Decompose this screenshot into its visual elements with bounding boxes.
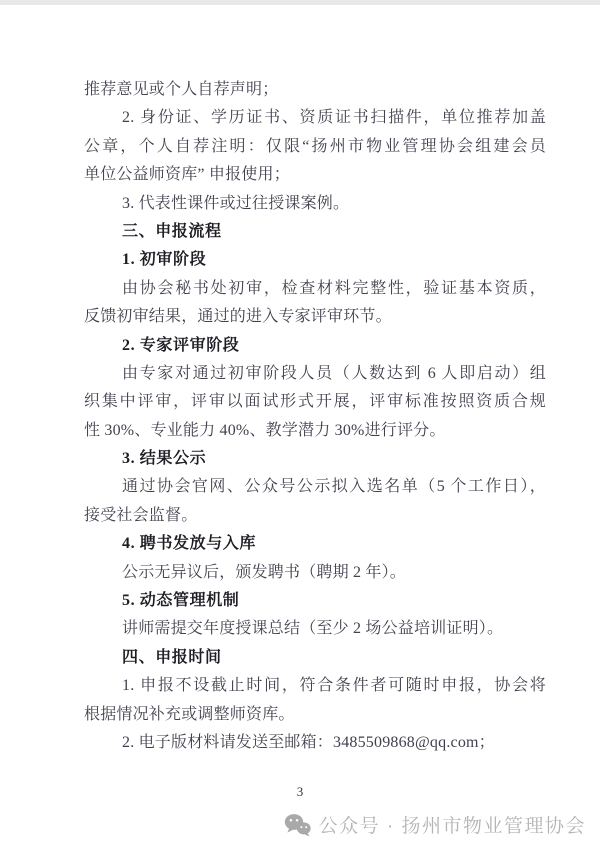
page-number: 3	[0, 784, 600, 800]
section-heading: 4. 聘书发放与入库	[84, 530, 546, 558]
text-line: 1. 申报不设截止时间，符合条件者可随时申报，协会将	[84, 672, 546, 700]
section-heading: 三、申报流程	[84, 218, 546, 246]
document-page: 推荐意见或个人自荐声明；2. 身份证、学历证书、资质证书扫描件，单位推荐加盖公章…	[0, 0, 600, 849]
wechat-icon	[284, 813, 311, 837]
top-edge-strip	[0, 0, 600, 5]
watermark: 公众号 · 扬州市物业管理协会	[284, 811, 586, 838]
section-heading: 1. 初审阶段	[84, 246, 546, 274]
text-line: 性 30%、专业能力 40%、教学潜力 30%进行评分。	[84, 417, 546, 445]
section-heading: 2. 专家评审阶段	[84, 332, 546, 360]
text-line: 由协会秘书处初审，检查材料完整性，验证基本资质，	[84, 275, 546, 303]
text-line: 接受社会监督。	[84, 502, 546, 530]
text-line: 通过协会官网、公众号公示拟入选名单（5 个工作日），	[84, 473, 546, 501]
text-line: 推荐意见或个人自荐声明；	[84, 76, 546, 104]
text-line: 2. 电子版材料请发送至邮箱：3485509868@qq.com；	[84, 729, 546, 757]
section-heading: 四、申报时间	[84, 644, 546, 672]
watermark-text: 公众号 · 扬州市物业管理协会	[319, 811, 586, 838]
text-line: 2. 身份证、学历证书、资质证书扫描件，单位推荐加盖	[84, 104, 546, 132]
text-line: 反馈初审结果，通过的进入专家评审环节。	[84, 303, 546, 331]
section-heading: 3. 结果公示	[84, 445, 546, 473]
document-lines: 推荐意见或个人自荐声明；2. 身份证、学历证书、资质证书扫描件，单位推荐加盖公章…	[84, 76, 546, 757]
section-heading: 5. 动态管理机制	[84, 587, 546, 615]
text-line: 3. 代表性课件或过往授课案例。	[84, 190, 546, 218]
text-line: 根据情况补充或调整师资库。	[84, 701, 546, 729]
text-line: 单位公益师资库” 申报使用；	[84, 161, 546, 189]
text-line: 公章，个人自荐注明：仅限“扬州市物业管理协会组建会员	[84, 133, 546, 161]
text-line: 由专家对通过初审阶段人员（人数达到 6 人即启动）组	[84, 360, 546, 388]
text-line: 织集中评审，评审以面试形式开展，评审标准按照资质合规	[84, 388, 546, 416]
text-line: 公示无异议后，颁发聘书（聘期 2 年）。	[84, 559, 546, 587]
text-line: 讲师需提交年度授课总结（至少 2 场公益培训证明）。	[84, 615, 546, 643]
